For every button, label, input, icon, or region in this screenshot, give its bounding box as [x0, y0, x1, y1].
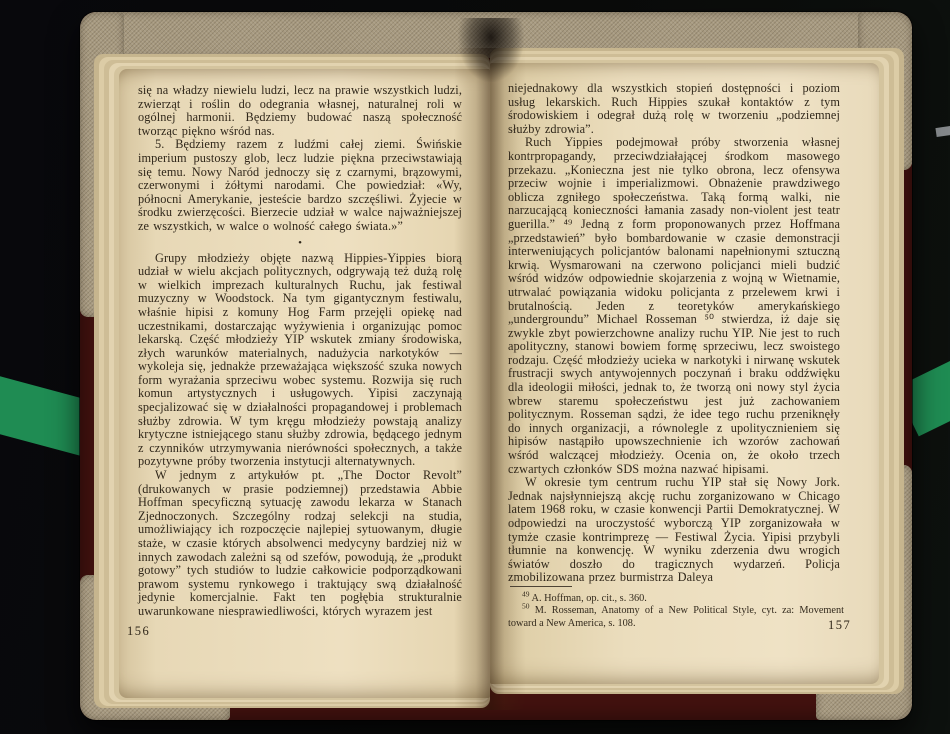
photo-background: się na władzy niewielu ludzi, lecz na pr… [0, 0, 950, 734]
paragraph: się na władzy niewielu ludzi, lecz na pr… [138, 84, 462, 138]
footnote-rule [510, 586, 572, 587]
paragraph: Ruch Yippies podejmował próby stworzenia… [508, 136, 840, 476]
paragraph: Grupy młodzieży objęte nazwą Hippies-Yip… [138, 252, 462, 470]
paragraph: W jednym z artykułów pt. „The Doctor Rev… [138, 469, 462, 619]
footnote-text: M. Rosseman, Anatomy of a New Political … [508, 605, 844, 628]
footnote-marker: 49 [522, 590, 530, 599]
page-number-right: 157 [828, 618, 851, 633]
page-number-left: 156 [127, 624, 150, 639]
footnote: 49 A. Hoffman, op. cit., s. 360. [508, 593, 844, 605]
paragraph: W okresie tym centrum ruchu YIP stał się… [508, 476, 840, 585]
right-page-text: niejednakowy dla wszystkich stopień dost… [508, 82, 840, 585]
footnote-marker: 50 [522, 602, 530, 611]
paragraph: 5. Będziemy razem z ludźmi całej ziemi. … [138, 138, 462, 233]
paragraph: niejednakowy dla wszystkich stopień dost… [508, 82, 840, 136]
footnote-text: A. Hoffman, op. cit., s. 360. [530, 593, 647, 604]
grey-mark [935, 126, 950, 137]
left-page-text: się na władzy niewielu ludzi, lecz na pr… [138, 84, 462, 619]
footnotes-block: 49 A. Hoffman, op. cit., s. 360. 50 M. R… [508, 586, 844, 630]
section-separator-dot: • [138, 234, 462, 252]
footnote: 50 M. Rosseman, Anatomy of a New Politic… [508, 605, 844, 630]
open-book: się na władzy niewielu ludzi, lecz na pr… [80, 12, 912, 720]
